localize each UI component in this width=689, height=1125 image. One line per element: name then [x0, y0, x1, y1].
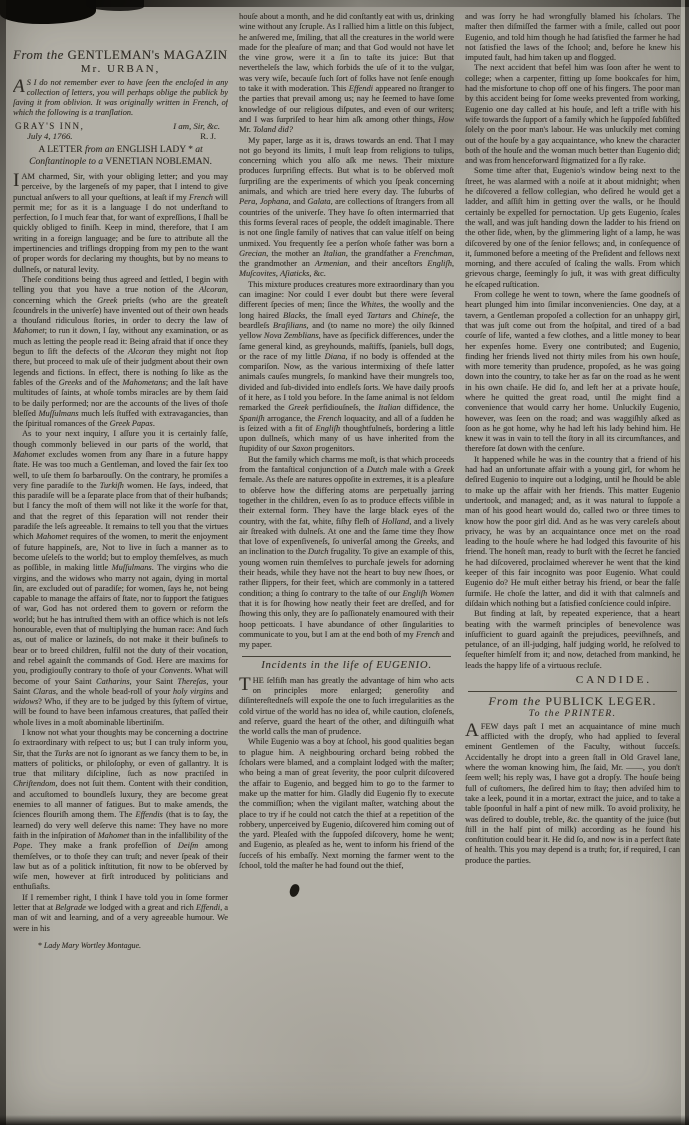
- dateline-closing: I am, Sir, &c.: [173, 121, 220, 131]
- paragraph: Theſe conditions being thus agreed and ſ…: [13, 275, 228, 429]
- dateline-initials: R. J.: [200, 131, 216, 141]
- paragraph: As to your next inquiry, I aſſure you it…: [13, 429, 228, 728]
- paragraph: The next accident that befel him was ſoo…: [465, 63, 680, 166]
- editor-note: AS I do not remember ever to have ſeen t…: [13, 78, 228, 119]
- letter-body-middle: My paper, large as it is, draws towards …: [239, 136, 454, 651]
- section-divider-2: [468, 691, 677, 692]
- leger-body-paragraph: A FEW days paſt I met an acquaintance of…: [465, 722, 680, 866]
- scanned-magazine-page: From the GENTLEMAN's MAGAZINE. Mr. URBAN…: [0, 0, 689, 1125]
- paragraph: My paper, large as it is, draws towards …: [239, 136, 454, 280]
- scan-sliver-right: [681, 0, 685, 1125]
- column-right: and was ſorry he had wrongfully blamed h…: [465, 12, 680, 1117]
- scan-edge-right: [685, 0, 689, 1125]
- signature-candide: CANDIDE.: [465, 675, 680, 685]
- paragraph: It happened while he was in the country …: [465, 455, 680, 609]
- footnote: * Lady Mary Wortley Montague.: [13, 941, 228, 951]
- letter-continuation-paragraph: houſe about a month, and he did conſtant…: [239, 12, 454, 136]
- eugenio-continuation-paragraph: and was ſorry he had wrongfully blamed h…: [465, 12, 680, 63]
- paragraph: This mixture produces creatures more ext…: [239, 280, 454, 455]
- eugenio-heading: Incidents in the life of EUGENIO.: [239, 661, 454, 671]
- paragraph: From college he went to town, where the …: [465, 290, 680, 455]
- paragraph: But finding at laſt, by repeated experie…: [465, 609, 680, 671]
- letter-heading: A LETTER from an ENGLISH LADY * at Conſt…: [15, 145, 226, 169]
- paragraph: While Eugenio was a boy at ſchool, his g…: [239, 737, 454, 871]
- publick-leger-heading: From the PUBLICK LEGER.: [465, 696, 680, 706]
- paragraph: I know not what your thoughts may be con…: [13, 728, 228, 893]
- masthead: From the GENTLEMAN's MAGAZINE.: [13, 50, 228, 60]
- eugenio-opening-paragraph: THE ſelfiſh man has greatly the advantag…: [239, 676, 454, 738]
- letter-opening-paragraph: I AM charmed, Sir, with your obliging le…: [13, 172, 228, 275]
- dateline-date: July 4, 1766.: [27, 131, 72, 141]
- paragraph: But the family which charms me moſt, is …: [239, 455, 454, 651]
- paragraph: Some time after that, Eugenio's window b…: [465, 166, 680, 290]
- paragraph: If I remember right, I think I have told…: [13, 893, 228, 934]
- scan-edge-left: [0, 0, 6, 1125]
- column-middle: houſe about a month, and he did conſtant…: [239, 12, 454, 1117]
- letter-body-left: Theſe conditions being thus agreed and ſ…: [13, 275, 228, 934]
- dateline-row-1: GRAY'S INN, I am, Sir, &c.: [13, 121, 228, 131]
- column-layout: From the GENTLEMAN's MAGAZINE. Mr. URBAN…: [13, 12, 680, 1117]
- scan-edge-top: [0, 0, 689, 7]
- column-left: From the GENTLEMAN's MAGAZINE. Mr. URBAN…: [13, 12, 228, 1117]
- scan-blob-top-left-2: [86, 0, 144, 11]
- eugenio-body-right: The next accident that befel him was ſoo…: [465, 63, 680, 671]
- salutation: Mr. URBAN,: [13, 64, 228, 74]
- eugenio-body-middle: While Eugenio was a boy at ſchool, his g…: [239, 737, 454, 871]
- to-the-printer-heading: To the PRINTER.: [465, 709, 680, 719]
- dateline-place: GRAY'S INN,: [15, 121, 84, 131]
- dateline-row-2: July 4, 1766. R. J.: [13, 131, 228, 141]
- section-divider: [242, 656, 451, 657]
